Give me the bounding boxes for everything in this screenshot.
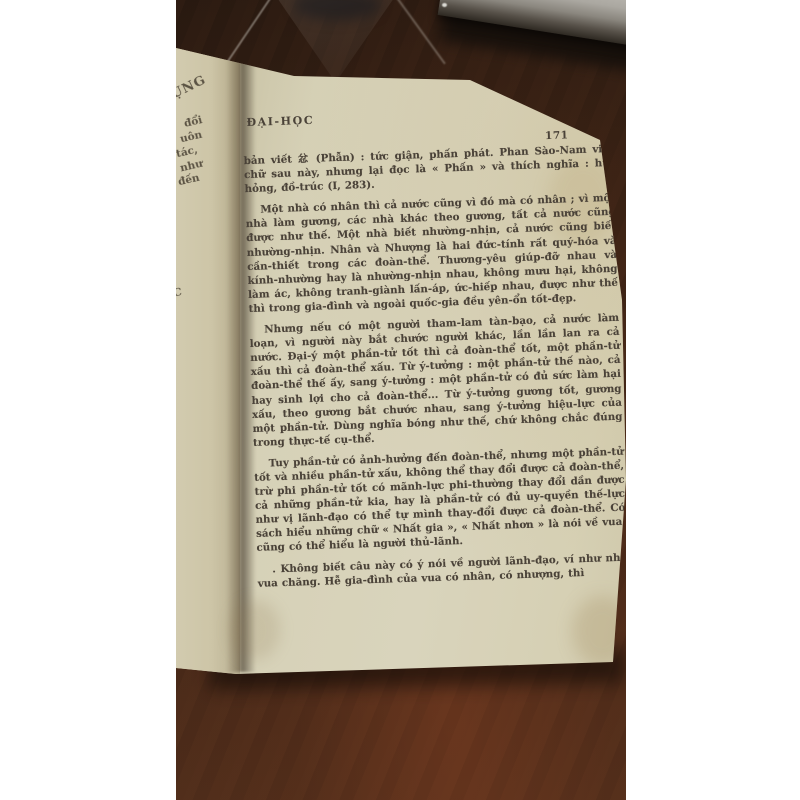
open-book: ỤNG đổi uôn tác, như đến C ĐẠI-HỌC 171 b… — [176, 40, 626, 688]
paper-age-stain — [230, 600, 280, 660]
book-photograph: ỤNG đổi uôn tác, như đến C ĐẠI-HỌC 171 b… — [176, 0, 626, 800]
photo-canvas: ỤNG đổi uôn tác, như đến C ĐẠI-HỌC 171 b… — [0, 0, 800, 800]
paragraph: . Không biết câu này có ý nói về người l… — [257, 550, 626, 590]
paragraph: Nhưng nếu có một người tham-lam tàn-bạo,… — [249, 311, 623, 450]
paragraph: Tuy phần-tử có ảnh-hưởng đến đoàn-thể, n… — [254, 445, 626, 556]
page-body: bản viết 忿 (Phẫn) : tức giận, phấn phát.… — [243, 142, 626, 591]
right-page-text: ĐẠI-HỌC 171 bản viết 忿 (Phẫn) : tức giận… — [242, 100, 626, 598]
page-header-title: ĐẠI-HỌC — [246, 114, 314, 129]
page-number: 171 — [545, 129, 569, 142]
dust-speck — [442, 3, 447, 7]
paragraph: Một nhà có nhân thì cả nước cũng vì đó m… — [245, 191, 619, 316]
